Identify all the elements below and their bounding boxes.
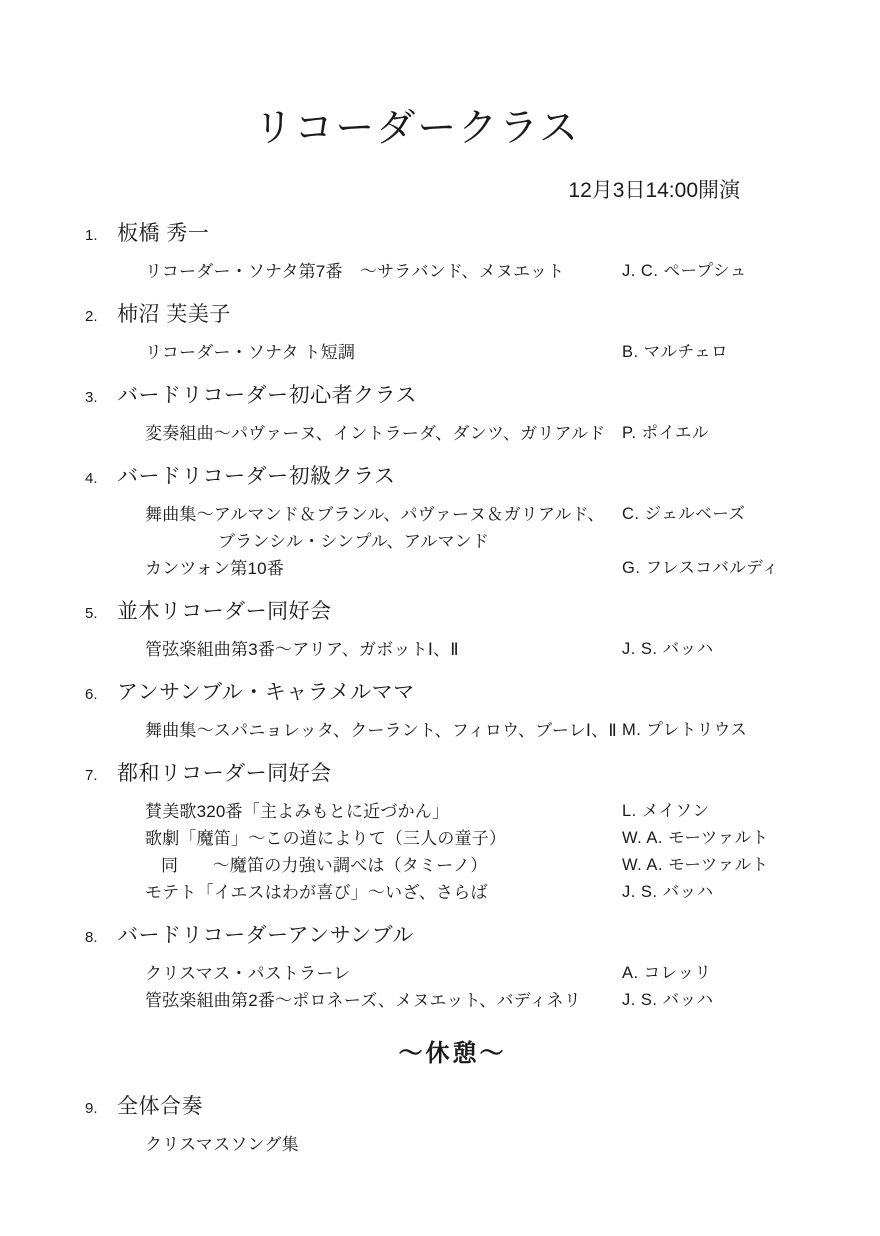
piece-list: 舞曲集～スパニョレッタ、クーラント、フィロウ、ブーレⅠ、Ⅱ M. プレトリウス: [145, 717, 820, 744]
piece-title: 管弦楽組曲第3番～アリア、ガボットⅠ、Ⅱ: [145, 636, 622, 663]
performer-name: 板橋 秀一: [117, 220, 209, 247]
piece-title-line: ブランシル・シンプル、アルマンド: [145, 528, 622, 555]
piece-row: 舞曲集～アルマンド＆ブランル、パヴァーヌ＆ガリアルド、 ブランシル・シンプル、ア…: [145, 501, 820, 555]
piece-title: 賛美歌320番「主よみもとに近づかん」: [145, 798, 622, 825]
item-number: 2.: [85, 303, 117, 330]
item-number: 1.: [85, 222, 117, 249]
item-number: 5.: [85, 600, 117, 627]
item-header: 8. バードリコーダーアンサンブル: [85, 922, 820, 951]
piece-title: 歌劇「魔笛」～この道によりて（三人の童子）: [145, 825, 622, 852]
piece-composer: W. A. モーツァルト: [622, 852, 769, 879]
piece-composer: L. メイソン: [622, 798, 710, 825]
program-item: 3. バードリコーダー初心者クラス 変奏組曲～パヴァーヌ、イントラーダ、ダンツ、…: [85, 382, 820, 447]
piece-row: 賛美歌320番「主よみもとに近づかん」 L. メイソン: [145, 798, 820, 825]
program-item: 4. バードリコーダー初級クラス 舞曲集～アルマンド＆ブランル、パヴァーヌ＆ガリ…: [85, 463, 820, 582]
piece-list: リコーダー・ソナタ ト短調 B. マルチェロ: [145, 339, 820, 366]
item-header: 7. 都和リコーダー同好会: [85, 760, 820, 789]
piece-row: 同 ～魔笛の力強い調べは（タミーノ） W. A. モーツァルト: [145, 852, 820, 879]
piece-row: クリスマスソング集: [145, 1131, 820, 1158]
piece-composer: B. マルチェロ: [622, 339, 728, 366]
item-number: 4.: [85, 465, 117, 492]
piece-composer: J. C. ペープシュ: [622, 258, 747, 285]
piece-title: モテト「イエスはわが喜び」～いざ、さらば: [145, 879, 622, 906]
piece-title: リコーダー・ソナタ第7番 ～サラバンド、メヌエット: [145, 258, 622, 285]
piece-title: 同 ～魔笛の力強い調べは（タミーノ）: [145, 852, 622, 879]
piece-list: 賛美歌320番「主よみもとに近づかん」 L. メイソン 歌劇「魔笛」～この道によ…: [145, 798, 820, 906]
piece-list: クリスマスソング集: [145, 1131, 820, 1158]
item-number: 6.: [85, 681, 117, 708]
item-number: 3.: [85, 384, 117, 411]
piece-composer: W. A. モーツァルト: [622, 825, 769, 852]
program-list: 1. 板橋 秀一 リコーダー・ソナタ第7番 ～サラバンド、メヌエット J. C.…: [0, 220, 880, 1158]
item-number: 8.: [85, 924, 117, 951]
piece-title-line: 舞曲集～アルマンド＆ブランル、パヴァーヌ＆ガリアルド、: [145, 501, 622, 528]
piece-row: 変奏組曲～パヴァーヌ、イントラーダ、ダンツ、ガリアルド P. ポイエル: [145, 420, 820, 447]
piece-list: 管弦楽組曲第3番～アリア、ガボットⅠ、Ⅱ J. S. バッハ: [145, 636, 820, 663]
program-item: 6. アンサンブル・キャラメルママ 舞曲集～スパニョレッタ、クーラント、フィロウ…: [85, 679, 820, 744]
piece-row: 管弦楽組曲第3番～アリア、ガボットⅠ、Ⅱ J. S. バッハ: [145, 636, 820, 663]
intermission-label: ～休憩～: [85, 1040, 820, 1069]
piece-title: 舞曲集～アルマンド＆ブランル、パヴァーヌ＆ガリアルド、 ブランシル・シンプル、ア…: [145, 501, 622, 555]
program-item: 5. 並木リコーダー同好会 管弦楽組曲第3番～アリア、ガボットⅠ、Ⅱ J. S.…: [85, 598, 820, 663]
performer-name: バードリコーダー初心者クラス: [117, 382, 417, 409]
performer-name: バードリコーダー初級クラス: [117, 463, 395, 490]
piece-composer: J. S. バッハ: [622, 636, 714, 663]
piece-title: リコーダー・ソナタ ト短調: [145, 339, 622, 366]
performer-name: バードリコーダーアンサンブル: [117, 922, 414, 949]
program-page: リコーダークラス 12月3日14:00開演 1. 板橋 秀一 リコーダー・ソナタ…: [0, 0, 880, 1236]
piece-composer: G. フレスコバルディ: [622, 555, 779, 582]
program-item: 1. 板橋 秀一 リコーダー・ソナタ第7番 ～サラバンド、メヌエット J. C.…: [85, 220, 820, 285]
item-header: 1. 板橋 秀一: [85, 220, 820, 249]
piece-list: 舞曲集～アルマンド＆ブランル、パヴァーヌ＆ガリアルド、 ブランシル・シンプル、ア…: [145, 501, 820, 582]
piece-row: 舞曲集～スパニョレッタ、クーラント、フィロウ、ブーレⅠ、Ⅱ M. プレトリウス: [145, 717, 820, 744]
piece-row: リコーダー・ソナタ ト短調 B. マルチェロ: [145, 339, 820, 366]
piece-title: 管弦楽組曲第2番～ポロネーズ、メヌエット、バディネリ: [145, 987, 622, 1014]
piece-row: 管弦楽組曲第2番～ポロネーズ、メヌエット、バディネリ J. S. バッハ: [145, 987, 820, 1014]
piece-title: クリスマスソング集: [145, 1131, 622, 1158]
item-number: 7.: [85, 762, 117, 789]
piece-title: 変奏組曲～パヴァーヌ、イントラーダ、ダンツ、ガリアルド: [145, 420, 622, 447]
item-header: 6. アンサンブル・キャラメルママ: [85, 679, 820, 708]
item-header: 4. バードリコーダー初級クラス: [85, 463, 820, 492]
performer-name: 並木リコーダー同好会: [117, 598, 332, 625]
piece-composer: M. プレトリウス: [622, 717, 747, 744]
piece-row: リコーダー・ソナタ第7番 ～サラバンド、メヌエット J. C. ペープシュ: [145, 258, 820, 285]
piece-list: リコーダー・ソナタ第7番 ～サラバンド、メヌエット J. C. ペープシュ: [145, 258, 820, 285]
performer-name: 柿沼 芙美子: [117, 301, 231, 328]
piece-title: 舞曲集～スパニョレッタ、クーラント、フィロウ、ブーレⅠ、Ⅱ: [145, 717, 622, 744]
piece-title: クリスマス・パストラーレ: [145, 960, 622, 987]
item-header: 3. バードリコーダー初心者クラス: [85, 382, 820, 411]
program-item: 7. 都和リコーダー同好会 賛美歌320番「主よみもとに近づかん」 L. メイソ…: [85, 760, 820, 906]
item-number: 9.: [85, 1095, 117, 1122]
piece-composer: P. ポイエル: [622, 420, 709, 447]
piece-composer: C. ジェルベーズ: [622, 501, 745, 528]
performer-name: アンサンブル・キャラメルママ: [117, 679, 415, 706]
piece-list: 変奏組曲～パヴァーヌ、イントラーダ、ダンツ、ガリアルド P. ポイエル: [145, 420, 820, 447]
piece-row: クリスマス・パストラーレ A. コレッリ: [145, 960, 820, 987]
piece-list: クリスマス・パストラーレ A. コレッリ 管弦楽組曲第2番～ポロネーズ、メヌエッ…: [145, 960, 820, 1014]
piece-row: モテト「イエスはわが喜び」～いざ、さらば J. S. バッハ: [145, 879, 820, 906]
piece-composer: J. S. バッハ: [622, 879, 714, 906]
event-datetime: 12月3日14:00開演: [0, 179, 880, 202]
piece-title: カンツォン第10番: [145, 555, 622, 582]
piece-composer: J. S. バッハ: [622, 987, 714, 1014]
program-item: 9. 全体合奏 クリスマスソング集: [85, 1093, 820, 1158]
piece-row: カンツォン第10番 G. フレスコバルディ: [145, 555, 820, 582]
item-header: 5. 並木リコーダー同好会: [85, 598, 820, 627]
program-item: 2. 柿沼 芙美子 リコーダー・ソナタ ト短調 B. マルチェロ: [85, 301, 820, 366]
piece-row: 歌劇「魔笛」～この道によりて（三人の童子） W. A. モーツァルト: [145, 825, 820, 852]
performer-name: 都和リコーダー同好会: [117, 760, 332, 787]
piece-composer: A. コレッリ: [622, 960, 712, 987]
item-header: 2. 柿沼 芙美子: [85, 301, 820, 330]
page-title: リコーダークラス: [0, 108, 857, 151]
performer-name: 全体合奏: [117, 1093, 203, 1120]
item-header: 9. 全体合奏: [85, 1093, 820, 1122]
program-item: 8. バードリコーダーアンサンブル クリスマス・パストラーレ A. コレッリ 管…: [85, 922, 820, 1014]
